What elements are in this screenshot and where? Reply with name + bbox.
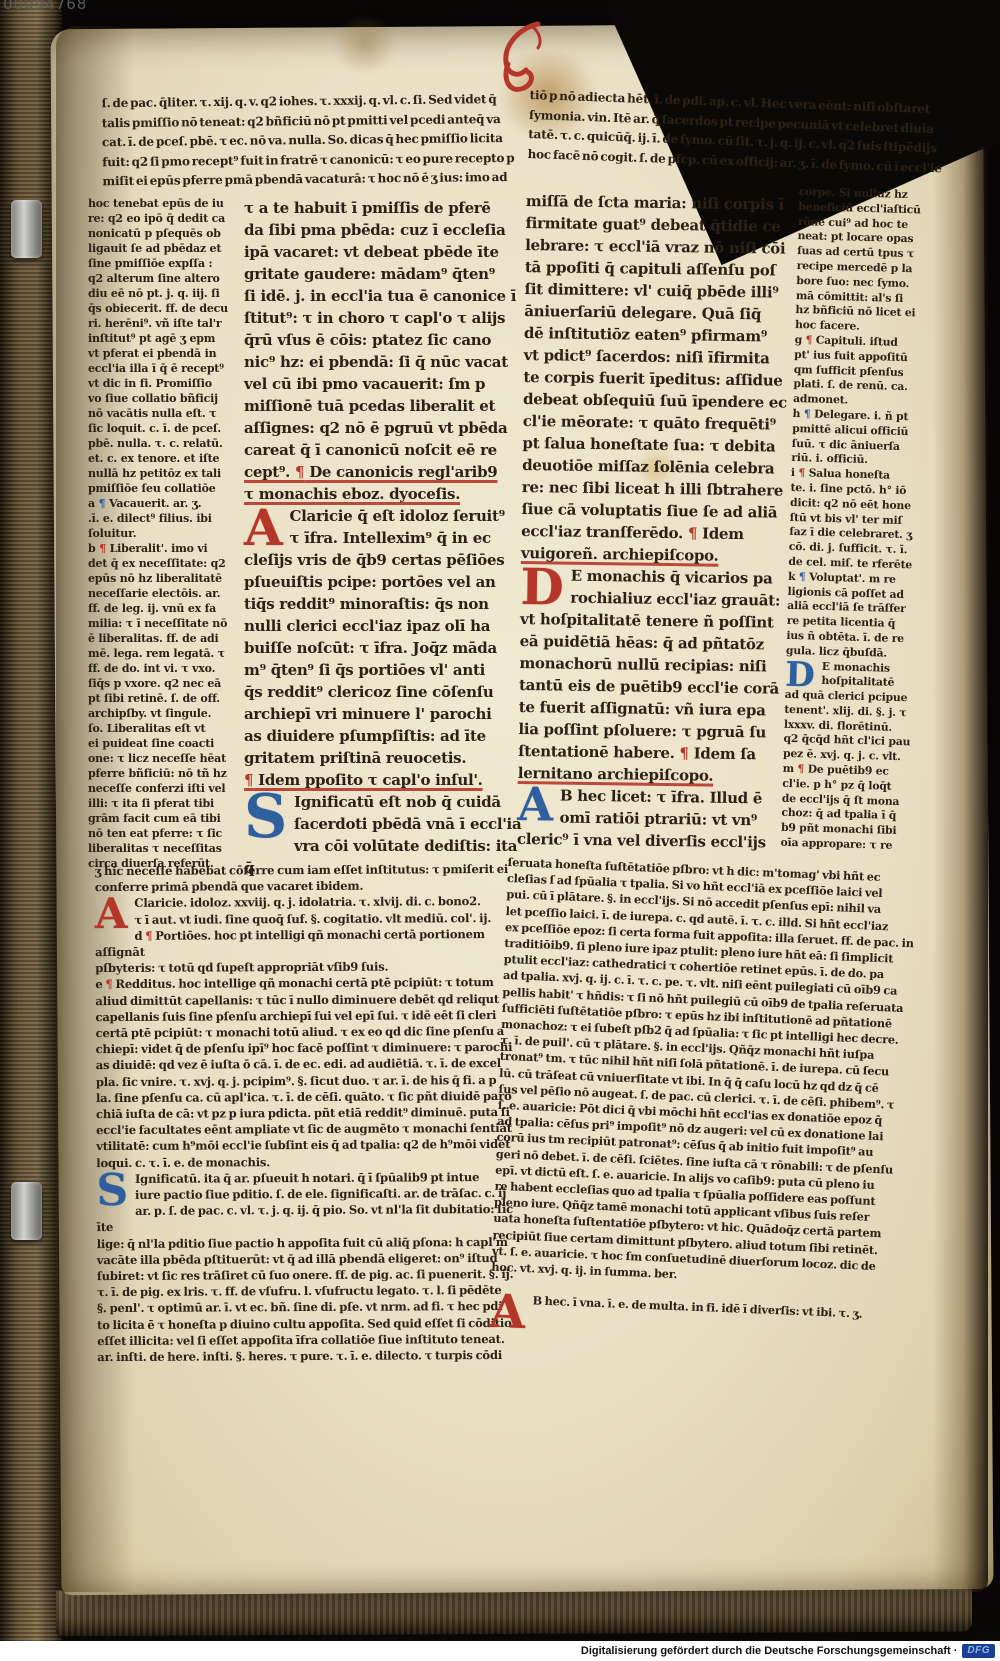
text-segment: ʒ hic neceſſe habebat cōferre cum iam eſ… bbox=[95, 861, 515, 896]
text-segment: DE monachis hoſpitalitatē ad quā clerici… bbox=[783, 658, 940, 766]
lombardic-initial: D bbox=[785, 661, 815, 688]
text-segment: b ¶ Liberalit'. imo vi det q̄ ex neceſſi… bbox=[88, 541, 240, 871]
metal-clip-top bbox=[11, 200, 42, 258]
main-text-column-left: τ a te habuit ī pmiſſis de pferē da ſibi… bbox=[244, 197, 524, 879]
digitization-footer-bar: Digitalisierung gefördert durch die Deut… bbox=[0, 1641, 1000, 1661]
pilcrow-mark: ¶ bbox=[99, 542, 106, 555]
text-segment: e ¶ Redditus. hoc intellige qñ monachi c… bbox=[95, 974, 516, 1171]
text-segment: vuigoreñ. archiepiſcopo. bbox=[521, 542, 797, 568]
text-segment: hoc tenebat epūs de iu re: q2 eo ipō q̄ … bbox=[88, 196, 240, 496]
metal-clip-bottom bbox=[11, 1182, 42, 1240]
lombardic-initial: S bbox=[96, 1174, 128, 1208]
text-segment: τ a te habuit ī pmiſſis de pferē da ſibi… bbox=[244, 197, 524, 461]
pilcrow-mark: ¶ bbox=[799, 570, 806, 583]
marginal-gloss-left: hoc tenebat epūs de iu re: q2 eo ipō q̄ … bbox=[88, 196, 240, 871]
text-segment: miſſā de ſcta maria: niſi corpis ī firmi… bbox=[521, 190, 802, 546]
text-segment: a ¶ Vacauerit. ar. ʒ. .ī. e. dilect⁹ fil… bbox=[88, 496, 240, 541]
main-text-column-right: miſſā de ſcta maria: niſi corpis ī firmi… bbox=[517, 190, 802, 854]
pilcrow-mark: ¶ bbox=[679, 744, 689, 762]
pilcrow-mark: ¶ bbox=[99, 497, 106, 510]
marginal-gloss-right: corpe. Si nulluz hz beneficiū eccl'iaſti… bbox=[780, 185, 953, 855]
text-segment: corpe. Si nulluz hz beneficiū eccl'iaſti… bbox=[795, 185, 953, 337]
text-segment: AB hec. ī vna. ī. e. de multa. in fi. id… bbox=[490, 1291, 948, 1326]
text-segment: cept⁹. ¶ De canonicis regl'arib9 τ monac… bbox=[244, 461, 524, 505]
lombardic-initial: D bbox=[520, 567, 564, 607]
text-segment: ¶ Idem ppoſito τ capl'o inſul'. bbox=[244, 769, 524, 791]
text-segment: g ¶ Capituli. iſtud pt' ius fuit appoſit… bbox=[793, 333, 949, 411]
scanned-manuscript-view: 00094768 ſ. de pac. q̄liter. τ. xij. q. … bbox=[0, 0, 1000, 1661]
text-segment: h ¶ Delegare. i. ñ pt pmittē alicui offi… bbox=[791, 407, 947, 470]
printed-text-top-right: tiō p nō adiecta hēt. ī. de pdi. ap. c. … bbox=[527, 86, 953, 179]
text-segment: tiō p nō adiecta hēt. ī. de pdi. ap. c. … bbox=[527, 86, 953, 179]
pilcrow-mark: ¶ bbox=[105, 977, 112, 991]
text-segment: m ¶ De puētib9 ec cl'ie. p h° pz q̄ loq̄… bbox=[780, 762, 936, 855]
pilcrow-mark: ¶ bbox=[145, 929, 152, 943]
lombardic-initial: A bbox=[95, 898, 128, 931]
pilcrow-mark: ¶ bbox=[797, 762, 804, 775]
paper-stain bbox=[328, 18, 402, 70]
printed-text-top-left: ſ. de pac. q̄liter. τ. xij. q. v. q2 ioh… bbox=[102, 90, 527, 192]
text-segment: AClaricie. idoloz. xxviij. q. j. idolatr… bbox=[95, 893, 515, 928]
text-segment: DE monachis q̄ vicarios pa rochialiuz ec… bbox=[518, 564, 797, 766]
pilcrow-mark: ¶ bbox=[805, 333, 812, 346]
text-segment: k ¶ Voluptat'. m re ligionis cā poſſet a… bbox=[786, 570, 942, 663]
pilcrow-mark: ¶ bbox=[798, 466, 805, 479]
commentary-block-left: ʒ hic neceſſe habebat cōferre cum iam eſ… bbox=[95, 861, 518, 1365]
pilcrow-mark: ¶ bbox=[688, 524, 698, 542]
lombardic-initial: A bbox=[244, 508, 283, 547]
lombardic-initial: A bbox=[517, 787, 553, 823]
text-segment: i ¶ Salua honeſta te. i. ſine pctō. h° i… bbox=[788, 466, 945, 574]
lombardic-initial: A bbox=[489, 1294, 526, 1331]
text-segment: ſeruata honeſta ſuſtētatiōe pſbro: vt h … bbox=[491, 854, 966, 1293]
text-segment: AB hec licet: τ īfra. Illud ē omī ratiōi… bbox=[517, 784, 794, 854]
pilcrow-mark: ¶ bbox=[295, 463, 304, 481]
dfg-logo: DFG bbox=[962, 1644, 995, 1658]
pilcrow-mark: ¶ bbox=[804, 407, 811, 420]
text-segment: SIgnificatū. ita q̄ ar. pſueuit h notari… bbox=[96, 1169, 517, 1366]
commentary-block-right: ſeruata honeſta ſuſtētatiōe pſbro: vt h … bbox=[489, 854, 966, 1348]
text-segment: AClaricie q̄ eſt idoloz ſeruit⁹ τ īfra. … bbox=[244, 505, 524, 769]
text-segment: d ¶ Portiōes. hoc pt intelligi qñ monach… bbox=[95, 926, 515, 977]
footer-credit-text: Digitalisierung gefördert durch die Deut… bbox=[581, 1645, 958, 1657]
text-segment: ſ. de pac. q̄liter. τ. xij. q. v. q2 ioh… bbox=[102, 90, 527, 192]
scan-id-label: 00094768 bbox=[3, 0, 87, 13]
lombardic-initial: S bbox=[244, 794, 287, 841]
pilcrow-mark: ¶ bbox=[244, 771, 253, 789]
